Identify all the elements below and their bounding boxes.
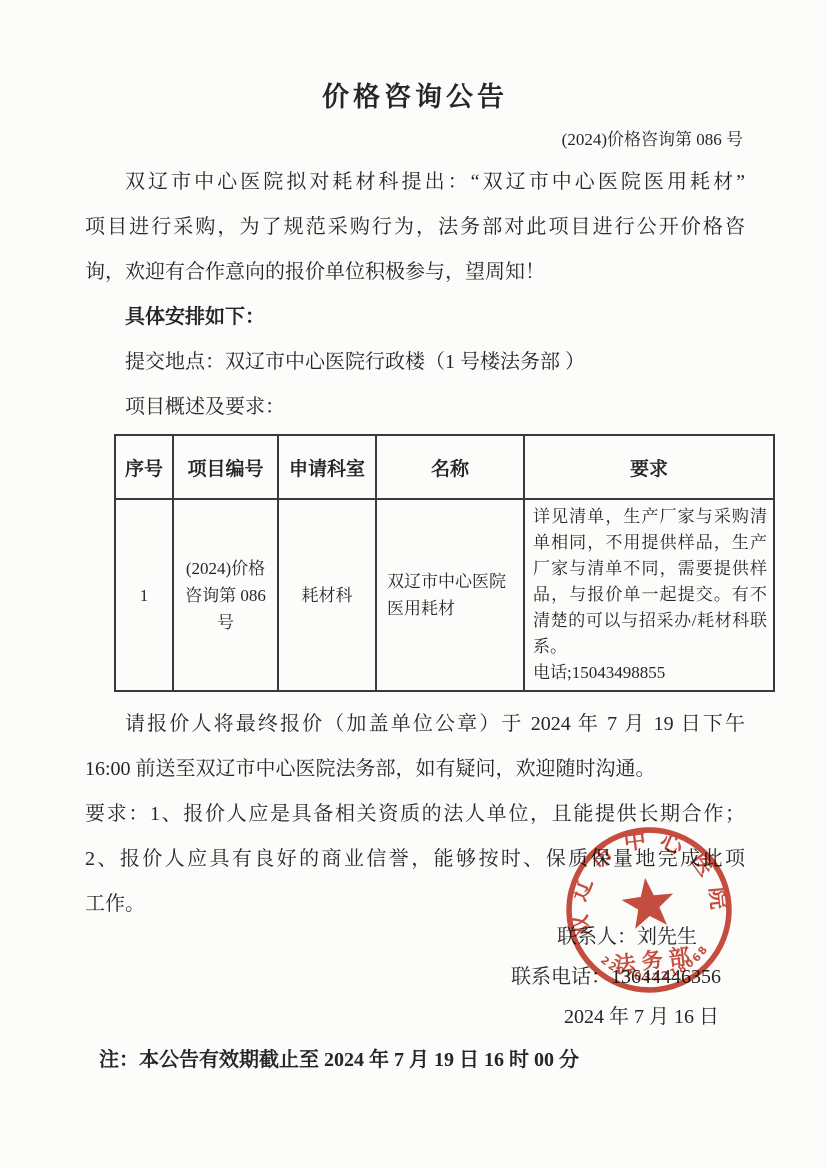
intro-line-1: 双辽市中心医院拟对耗材科提出：“双辽市中心医院医用耗材” — [85, 160, 745, 205]
overview-heading: 项目概述及要求： — [85, 385, 745, 430]
column-header-requirements: 要求 — [524, 435, 774, 499]
validity-note: 注：本公告有效期截止至 2024 年 7 月 19 日 16 时 00 分 — [99, 1045, 745, 1075]
column-header-name: 名称 — [376, 435, 524, 499]
table-row: 1 (2024)价格咨询第 086 号 耗材科 双辽市中心医院医用耗材 详见清单… — [115, 499, 774, 691]
deadline-line-1: 请报价人将最终报价（加盖单位公章）于 2024 年 7 月 19 日下午 — [85, 702, 745, 747]
contact-person: 联系人：刘先生 — [85, 917, 745, 957]
cell-department: 耗材科 — [278, 499, 376, 691]
cell-project-no: (2024)价格咨询第 086 号 — [173, 499, 278, 691]
page-title: 价格咨询公告 — [85, 80, 745, 114]
intro-line-3: 询，欢迎有合作意向的报价单位积极参与，望周知！ — [85, 250, 745, 295]
closing-paragraphs: 请报价人将最终报价（加盖单位公章）于 2024 年 7 月 19 日下午 16:… — [85, 702, 745, 927]
arrangement-heading: 具体安排如下： — [85, 295, 745, 340]
table-header-row: 序号 项目编号 申请科室 名称 要求 — [115, 435, 774, 499]
requirements-phone: 电话;15043498855 — [533, 660, 767, 686]
contact-block: 联系人：刘先生 联系电话：13644446356 2024 年 7 月 16 日 — [85, 917, 745, 1037]
cell-name: 双辽市中心医院医用耗材 — [376, 499, 524, 691]
requirements-text: 详见清单，生产厂家与采购清单相同，不用提供样品，生产厂家与清单不同，需要提供样品… — [533, 504, 767, 660]
issue-date: 2024 年 7 月 16 日 — [85, 997, 745, 1037]
requirement-line-2: 2、报价人应具有良好的商业信誉，能够按时、保质保量地完成此项 — [85, 837, 745, 882]
column-header-project-no: 项目编号 — [173, 435, 278, 499]
contact-phone: 联系电话：13644446356 — [85, 957, 745, 997]
deadline-line-2: 16:00 前送至双辽市中心医院法务部，如有疑问，欢迎随时沟通。 — [85, 747, 745, 792]
cell-seq: 1 — [115, 499, 173, 691]
requirement-line-1: 要求：1、报价人应是具备相关资质的法人单位，且能提供长期合作； — [85, 792, 745, 837]
intro-line-2: 项目进行采购，为了规范采购行为，法务部对此项目进行公开价格咨 — [85, 205, 745, 250]
document-page: 价格咨询公告 (2024)价格咨询第 086 号 双辽市中心医院拟对耗材科提出：… — [0, 0, 826, 1169]
submit-location: 提交地点：双辽市中心医院行政楼（1 号楼法务部 ） — [85, 340, 745, 385]
cell-requirements: 详见清单，生产厂家与采购清单相同，不用提供样品，生产厂家与清单不同，需要提供样品… — [524, 499, 774, 691]
column-header-department: 申请科室 — [278, 435, 376, 499]
column-header-seq: 序号 — [115, 435, 173, 499]
project-table: 序号 项目编号 申请科室 名称 要求 1 (2024)价格咨询第 086 号 耗… — [114, 434, 775, 692]
document-content: 价格咨询公告 (2024)价格咨询第 086 号 双辽市中心医院拟对耗材科提出：… — [85, 0, 745, 1075]
doc-number: (2024)价格咨询第 086 号 — [85, 128, 745, 152]
intro-paragraph: 双辽市中心医院拟对耗材科提出：“双辽市中心医院医用耗材” 项目进行采购，为了规范… — [85, 160, 745, 430]
